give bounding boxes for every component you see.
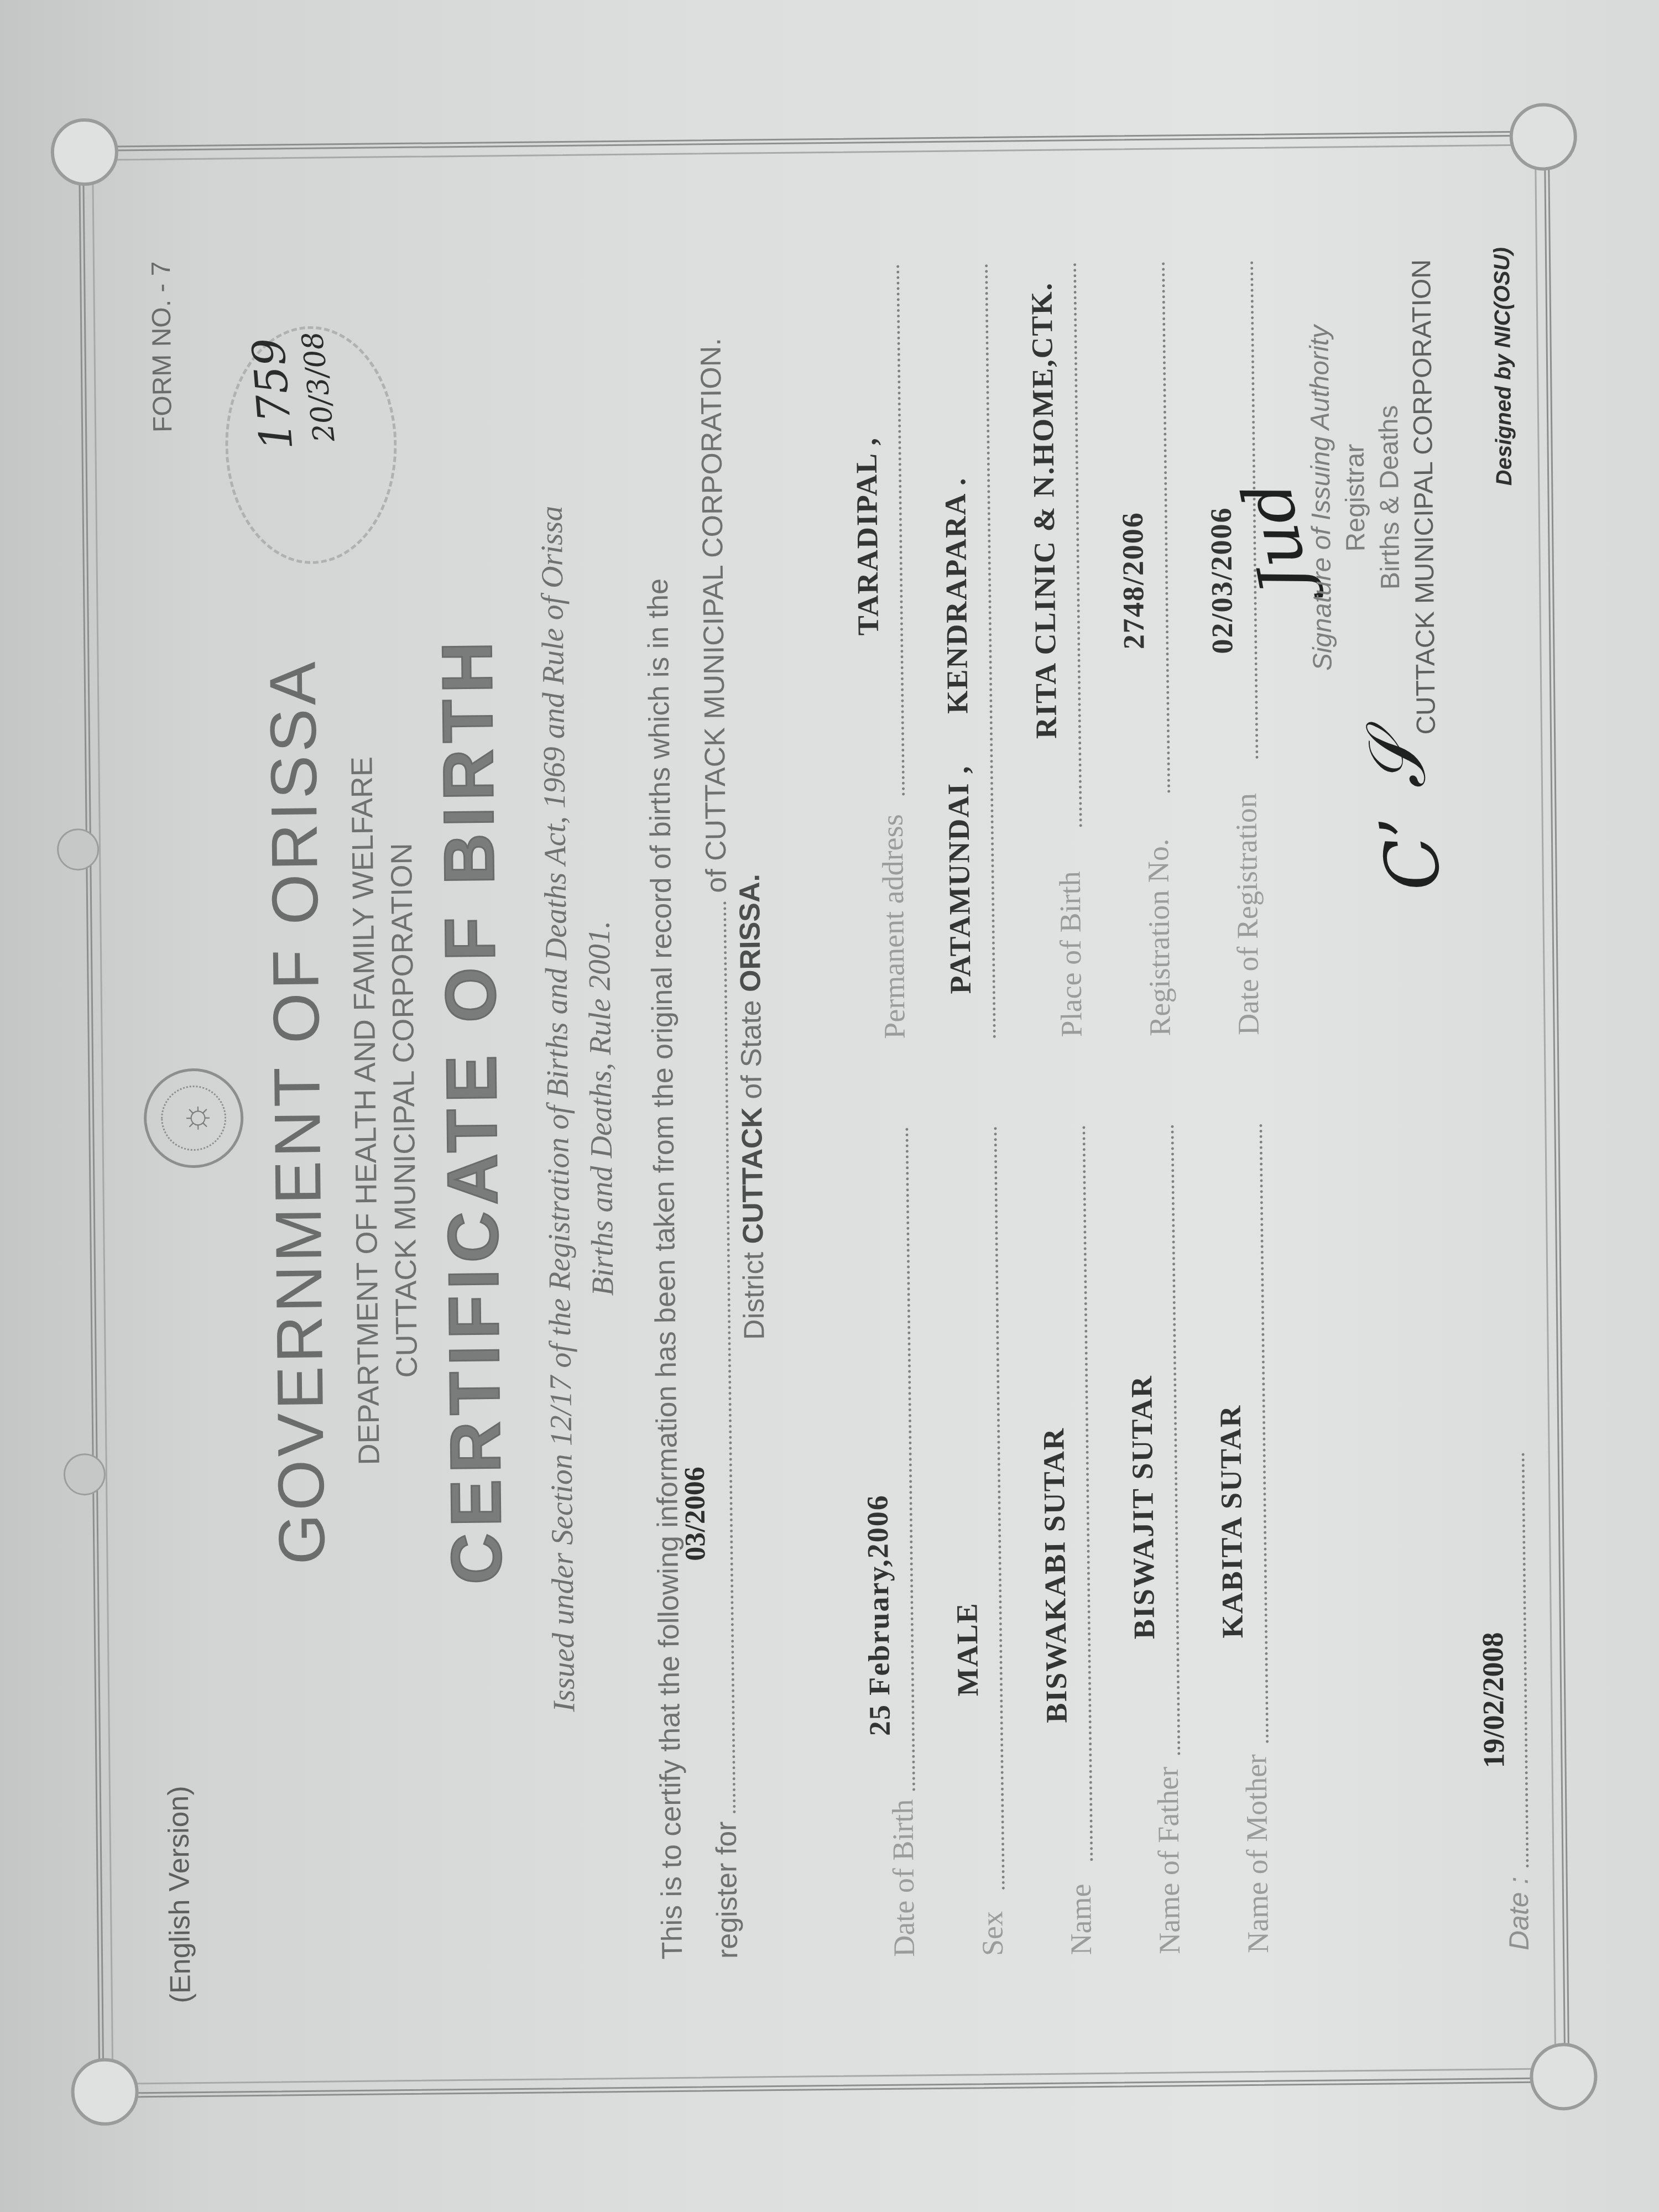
issue-date-row: Date : 19/02/2008	[1469, 1453, 1535, 1951]
field-father-name: Name of Father BISWAJIT SUTAR	[1100, 1124, 1198, 1955]
field-mother-name: Name of Mother KABITA SUTAR	[1189, 1124, 1286, 1954]
field-value: 2748/2006	[1115, 512, 1151, 650]
personal-details-column: Date of Birth 25 February,2006 Sex MALE …	[835, 1124, 1286, 1958]
field-value: BISWAJIT SUTAR	[1124, 1375, 1161, 1639]
field-value: TARADIPAL ,	[849, 437, 885, 636]
registrar-label: Registrar	[1336, 249, 1375, 747]
punch-hole	[64, 1453, 106, 1496]
field-date-of-registration: Date of Registration 02/03/2006	[1180, 261, 1277, 1036]
dotted-line	[1162, 262, 1170, 793]
field-label: Date of Registration	[1229, 793, 1266, 1036]
dotted-line	[994, 1126, 1004, 1890]
punch-hole	[57, 828, 100, 871]
address-registration-column: Permanent address TARADIPAL , PATAMUNDAI…	[826, 261, 1277, 1040]
field-label: Sex	[975, 1911, 1010, 1957]
field-label: Name of Father	[1151, 1766, 1187, 1954]
dotted-line	[1522, 1453, 1529, 1867]
of-corporation-text: of CUTTACK MUNICIPAL CORPORATION.	[695, 338, 733, 893]
state-value: ORISSA.	[734, 874, 767, 992]
corner-ornament	[1530, 2043, 1598, 2111]
version-label: (English Version)	[162, 1786, 197, 2004]
district-prefix: District	[738, 1252, 771, 1340]
field-label: Name	[1063, 1884, 1098, 1955]
corner-ornament	[1509, 103, 1577, 171]
register-for-value: 03/2006	[679, 1467, 712, 1561]
field-sex: Sex MALE	[924, 1126, 1021, 1957]
dotted-line	[905, 1128, 915, 1791]
dotted-line	[1171, 1124, 1180, 1755]
field-value: MALE	[950, 1602, 985, 1697]
dotted-line	[985, 264, 996, 1038]
corner-ornament	[71, 2058, 139, 2126]
births-deaths-label: Births & Deaths	[1370, 248, 1410, 747]
corner-ornament	[50, 118, 118, 186]
register-for-dotted-line	[716, 901, 735, 1813]
issue-date-label: Date :	[1503, 1876, 1535, 1950]
signature-title: Signature of Issuing Authority	[1302, 249, 1341, 747]
birth-certificate: (English Version) FORM NO. - 7 ☼ 1759 20…	[39, 80, 1620, 2131]
field-permanent-address: Permanent address TARADIPAL ,	[826, 264, 923, 1040]
field-value: 02/03/2006	[1204, 507, 1240, 654]
field-label: Date of Birth	[885, 1799, 921, 1957]
emblem-glyph-icon: ☼	[146, 1071, 241, 1166]
form-number: FORM NO. - 7	[146, 261, 178, 432]
field-label: Name of Mother	[1239, 1754, 1275, 1954]
dotted-line	[1073, 263, 1082, 827]
state-emblem-icon: ☼	[143, 1068, 244, 1168]
field-value: 25 February,2006	[860, 1494, 897, 1736]
field-value: PATAMUNDAI , KENDRAPARA .	[938, 477, 978, 994]
designed-by-credit: Designed by NIC(OSU)	[1490, 247, 1517, 486]
field-date-of-birth: Date of Birth 25 February,2006	[835, 1127, 932, 1958]
field-name: Name BISWAKABI SUTAR	[1012, 1125, 1109, 1956]
field-label: Permanent address	[875, 814, 911, 1039]
field-registration-no: Registration No. 2748/2006	[1092, 262, 1188, 1037]
field-address-line-2: PATAMUNDAI , KENDRAPARA .	[915, 264, 1011, 1039]
dotted-line	[1082, 1125, 1093, 1861]
dotted-line	[1259, 1124, 1269, 1743]
state-prefix: of State	[735, 1000, 768, 1099]
issue-date-value: 19/02/2008	[1475, 1632, 1511, 1768]
field-value: KABITA SUTAR	[1213, 1405, 1250, 1639]
field-label: Registration No.	[1141, 838, 1177, 1036]
register-for-label: register for	[711, 1821, 744, 1959]
dotted-line	[896, 265, 905, 796]
field-place-of-birth: Place of Birth RITA CLINIC & N.HOME,CTK.	[1003, 263, 1100, 1038]
issuing-authority-block: Signature of Issuing Authority Registrar…	[1302, 248, 1444, 747]
field-value: BISWAKABI SUTAR	[1036, 1427, 1074, 1723]
field-value: RITA CLINIC & N.HOME,CTK.	[1024, 282, 1063, 739]
field-label: Place of Birth	[1053, 871, 1089, 1037]
district-value: CUTTACK	[736, 1107, 770, 1244]
issuing-corporation: CUTTACK MUNICIPAL CORPORATION	[1405, 248, 1444, 746]
